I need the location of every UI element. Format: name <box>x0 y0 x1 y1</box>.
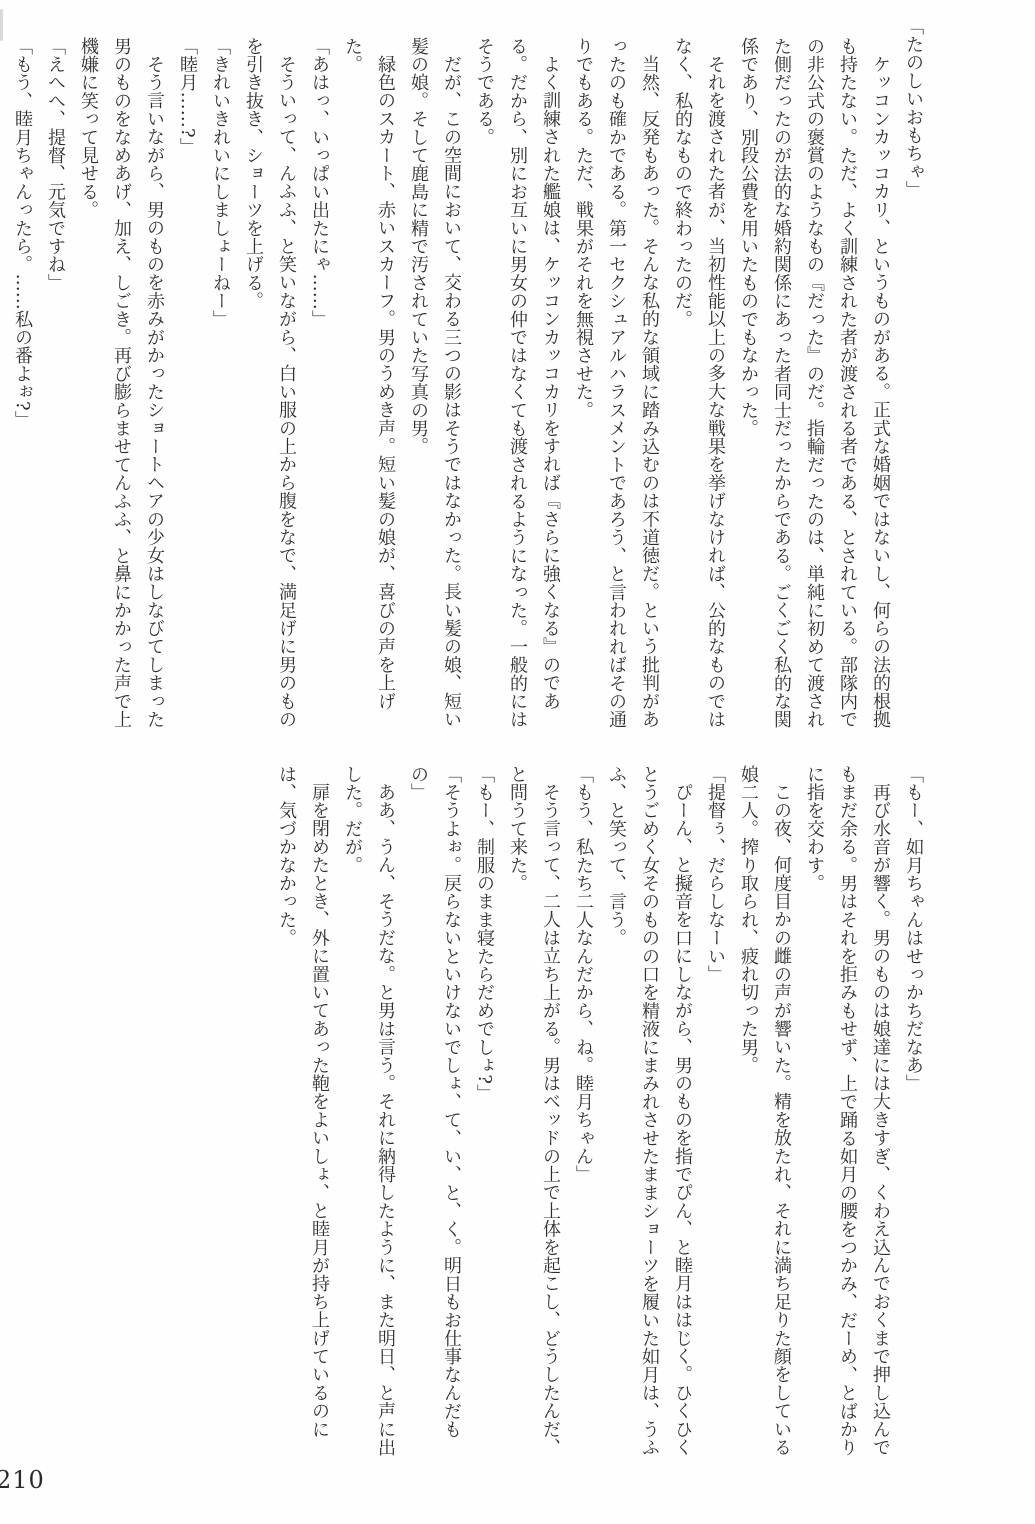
paragraph: 「もう、私たち二人なんだから、ね。睦月ちゃん」 <box>567 745 600 1462</box>
paragraph: 「あはっ、いっぱい出たにゃ……」 <box>303 17 336 735</box>
paragraph: ケッコンカッコカリ、というものがある。正式な婚姻ではないし、何らの法的根拠も持た… <box>732 17 897 735</box>
paragraph: そういって、んふふ、と笑いながら、白い服の上から腹をなで、満足げに男のものを引き… <box>237 17 303 735</box>
paragraph: そう言いながら、男のものを赤みがかったショートヘアの少女はしなびてしまった男のも… <box>72 17 171 735</box>
paragraph: 「提督ぅ、だらしなーい」 <box>699 745 732 1462</box>
paragraph: それを渡された者が、当初性能以上の多大な戦果を挙げなければ、公的なものではなく、… <box>666 17 732 735</box>
paragraph: 「もー、如月ちゃんはせっかちだなあ」 <box>897 745 930 1462</box>
paragraph: そう言って、二人は立ち上がる。男はベッドの上で上体を起こし、どうしたんだ、と問う… <box>501 745 567 1462</box>
paragraph: 扉を閉めたとき、外に置いてあった鞄をよいしょ、と睦月が持ち上げているのには、気づ… <box>270 745 336 1462</box>
paragraph: よく訓練された艦娘は、ケッコンカッコカリをすれば『さらに強くなる』のである。だか… <box>468 17 567 735</box>
paragraph: 「もう、睦月ちゃんったら。……私の番よぉ?」 <box>6 17 39 735</box>
paragraph: だが、この空間において、交わる三つの影はそうではなかった。長い髪の娘、短い髪の娘… <box>402 17 468 735</box>
paragraph: 当然、反発もあった。そんな私的な領域に踏み込むのは不道徳だ。という批判があったの… <box>567 17 666 735</box>
novel-page: 「たのしいおもちゃ」ケッコンカッコカリ、というものがある。正式な婚姻ではないし、… <box>0 0 1035 1524</box>
text-section-bottom: 「もー、如月ちゃんはせっかちだなあ」再び水音が響く。男のものは娘達には大きすぎ、… <box>330 745 930 1462</box>
paragraph: ぴーん、と擬音を口にしながら、男のものを指でぴん、と睦月ははじく。ひくひくとうご… <box>600 745 699 1462</box>
paragraph: ああ、うん、そうだな。と男は言う。それに納得したように、また明日、と声に出した。… <box>336 745 402 1462</box>
page-number: 210 <box>0 1466 45 1494</box>
story-title: 「たのしいおもちゃ」 <box>897 17 930 735</box>
paragraph: 再び水音が響く。男のものは娘達には大きすぎ、くわえ込んでおくまで押し込んでもまだ… <box>798 745 897 1462</box>
paragraph: この夜、何度目かの雌の声が響いた。精を放たれ、それに満ち足りた顔をしている娘二人… <box>732 745 798 1462</box>
paragraph: 「そうよぉ。戻らないといけないでしょ、て、い、と、く。明日もお仕事なんだもの」 <box>402 745 468 1462</box>
paragraph: 「えへへ、提督、元気ですね」 <box>39 17 72 735</box>
paragraph: 「きれいきれいにしましょーねー」 <box>204 17 237 735</box>
paragraph: 緑色のスカート、赤いスカーフ。男のうめき声。短い髪の娘が、喜びの声を上げた。 <box>336 17 402 735</box>
scan-artifact <box>0 9 3 41</box>
paragraph: 「もー、制服のまま寝たらだめでしょ?」 <box>468 745 501 1462</box>
text-section-top: 「たのしいおもちゃ」ケッコンカッコカリ、というものがある。正式な婚姻ではないし、… <box>85 17 930 735</box>
paragraph: 「睦月……?」 <box>171 17 204 735</box>
